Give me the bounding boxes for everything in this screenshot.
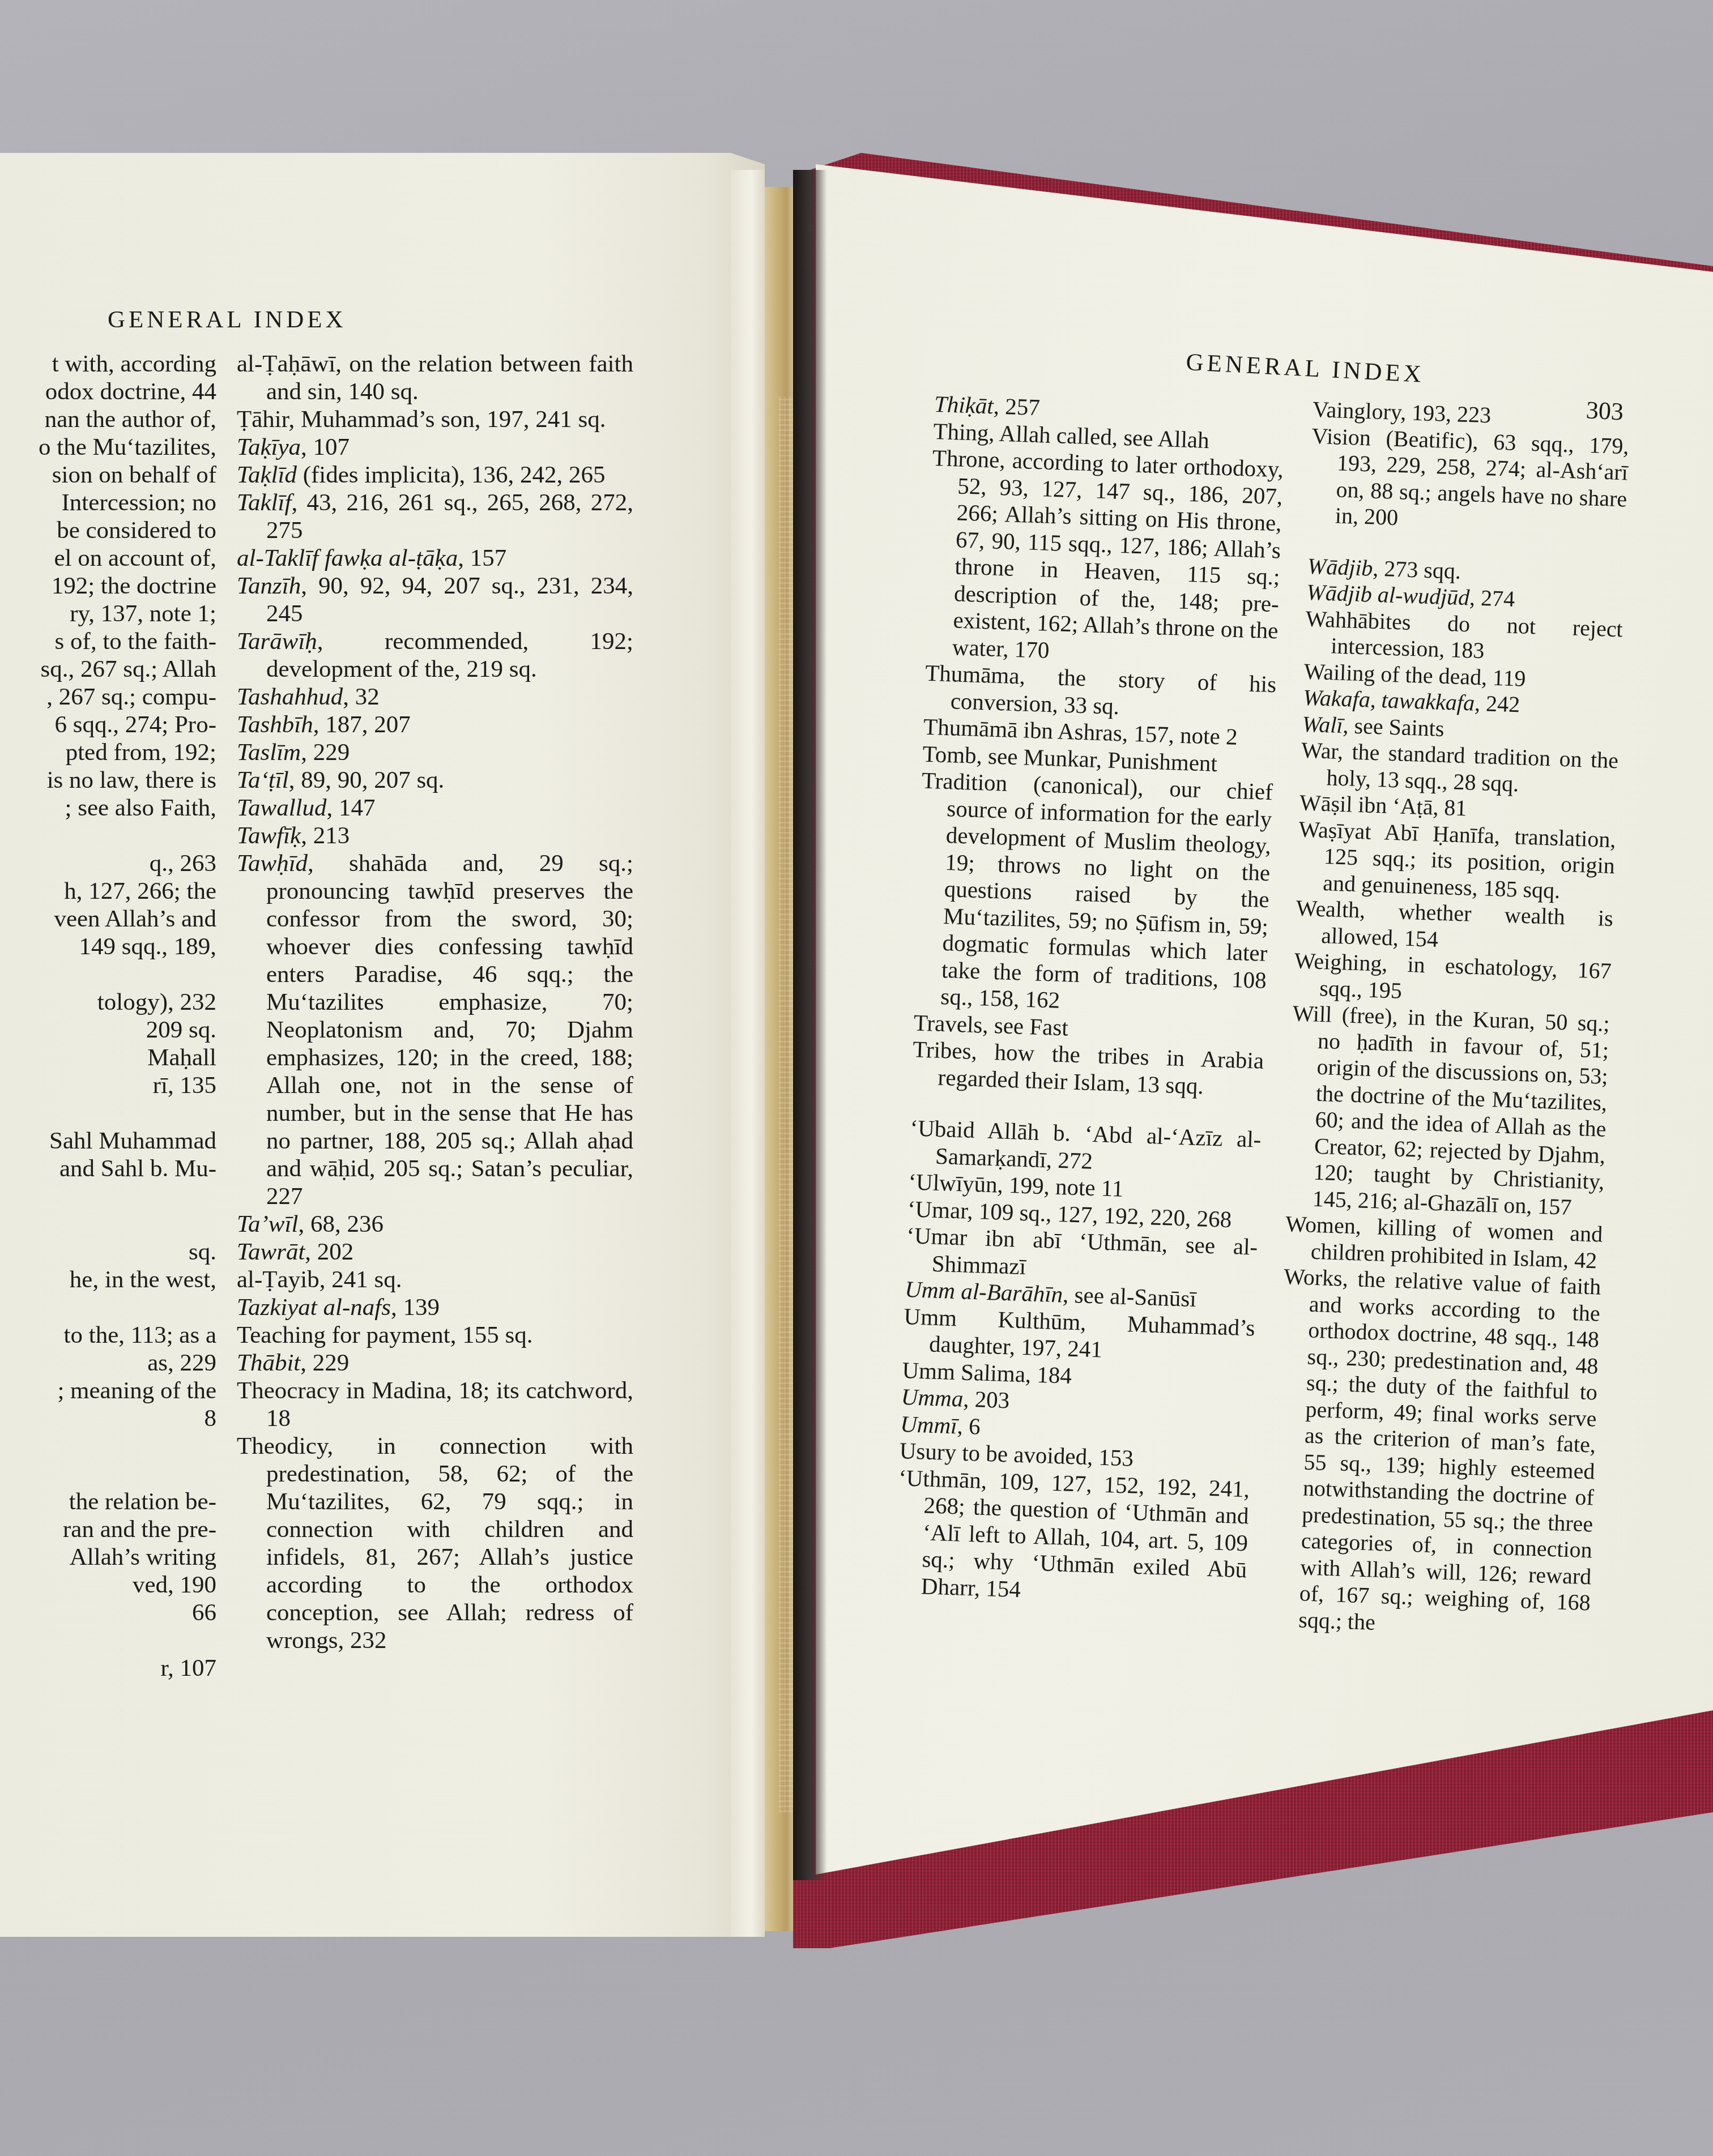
index-line-fragment: rī, 135 bbox=[0, 1071, 216, 1099]
index-line-fragment: 192; the doctrine bbox=[0, 572, 216, 600]
index-entry: Tanzīh, 90, 92, 94, 207 sq., 231, 234, 2… bbox=[237, 572, 633, 627]
index-entry: Ṭāhir, Muhammad’s son, 197, 241 sq. bbox=[237, 405, 633, 433]
index-entry-references: , see Saints bbox=[1343, 712, 1444, 741]
index-entry-references: , whether wealth is allowed, 154 bbox=[1321, 897, 1614, 951]
index-entry-heading: Taḳīya bbox=[237, 434, 301, 460]
index-entry: Taḳlīd (fides implicita), 136, 242, 265 bbox=[237, 461, 633, 489]
index-entry-heading: Wahhābites bbox=[1305, 605, 1411, 634]
index-entry-references: , 157, note 2 bbox=[1122, 720, 1238, 750]
index-entry-references: , 193, 223 bbox=[1400, 399, 1492, 428]
index-entry: al-Ṭaḥāwī, on the relation between faith… bbox=[237, 350, 633, 405]
index-entry-references: , 241 sq. bbox=[319, 1266, 402, 1293]
index-entry-heading: Ta‘ṭīl bbox=[237, 767, 289, 793]
index-entry-heading: Wailing bbox=[1303, 658, 1375, 686]
index-line-fragment bbox=[0, 1626, 216, 1654]
index-entry-heading: Tradition bbox=[921, 767, 1008, 796]
index-entry-heading: Women bbox=[1285, 1211, 1356, 1239]
index-entry-heading: al-Ṭayib bbox=[237, 1266, 319, 1293]
index-line-fragment: Maḥall bbox=[0, 1044, 216, 1071]
index-line-fragment: is no law, there is bbox=[0, 766, 216, 794]
index-entry-references: , Muhammad’s son, 197, 241 sq. bbox=[288, 406, 606, 433]
index-entry-heading: Travels bbox=[913, 1009, 983, 1038]
index-entry: Ta‘ṭīl, 89, 90, 207 sq. bbox=[237, 766, 633, 794]
index-entry-heading: Weighing bbox=[1294, 947, 1382, 976]
index-entry-references: , 68, 236 bbox=[298, 1211, 383, 1237]
index-line-fragment: ; see also Faith, bbox=[0, 794, 216, 822]
index-entry-references: , 157 bbox=[458, 545, 506, 571]
index-entry-references: , 273 sqq. bbox=[1373, 555, 1461, 583]
index-entry-references: , 272 bbox=[1046, 1146, 1093, 1174]
index-entry: Tawfīḳ, 213 bbox=[237, 822, 633, 849]
index-entry-heading: Thumāma bbox=[925, 660, 1020, 689]
index-entry-references: , 187, 207 bbox=[313, 711, 411, 738]
index-entry-heading: Vision bbox=[1311, 422, 1371, 450]
index-entry-references: , the standard tradition on the holy, 13… bbox=[1326, 738, 1619, 796]
index-entry: Ta’wīl, 68, 236 bbox=[237, 1210, 633, 1238]
index-line-fragment: el on account of, bbox=[0, 544, 216, 572]
index-line-fragment: sq., 267 sq.; Allah bbox=[0, 655, 216, 683]
index-entry: Tashbīh, 187, 207 bbox=[237, 711, 633, 738]
index-line-fragment: nan the author of, bbox=[0, 405, 216, 433]
index-entry-references: , according to later orthodoxy, 52, 93, … bbox=[952, 447, 1284, 663]
index-entry-heading: Tribes bbox=[913, 1036, 972, 1064]
index-line-fragment: ved, 190 bbox=[0, 1571, 216, 1599]
index-entry-heading: Thing bbox=[933, 417, 989, 445]
index-entry-heading: Tarāwīḥ bbox=[237, 628, 317, 655]
index-entry: Tazkiyat al-nafs, 139 bbox=[237, 1293, 633, 1321]
index-line-fragment: t with, according bbox=[0, 350, 216, 378]
index-entry-heading: Will (free) bbox=[1292, 1000, 1392, 1029]
index-entry-heading: Tashahhud bbox=[237, 684, 343, 710]
index-entry-references: (Beatific), 63 sqq., 179, 193, 229, 258,… bbox=[1335, 425, 1629, 530]
right-page-column-2: Vainglory, 193, 223Vision (Beatific), 63… bbox=[1272, 396, 1630, 1642]
index-entry-heading: Wādjib al-wudjūd bbox=[1306, 579, 1470, 610]
index-entry-references: , recommended, 192; development of the, … bbox=[266, 628, 633, 682]
index-entry-heading: Taḳlīd bbox=[237, 462, 297, 488]
index-entry: Tawallud, 147 bbox=[237, 794, 633, 822]
index-entry: al-Taklīf fawḳa al-ṭāḳa, 157 bbox=[237, 544, 633, 572]
index-entry-heading: Tawfīḳ bbox=[237, 822, 301, 849]
index-line-fragment bbox=[0, 1210, 216, 1238]
index-entry-heading: Vainglory bbox=[1313, 396, 1401, 425]
index-entry: Thābit, 229 bbox=[237, 1349, 633, 1377]
index-line-fragment: tology), 232 bbox=[0, 988, 216, 1016]
index-entry-heading: Umma bbox=[901, 1384, 964, 1412]
index-entry-references: , how the tribes in Arabia regarded thei… bbox=[938, 1038, 1264, 1099]
index-line-fragment: pted from, 192; bbox=[0, 738, 216, 766]
index-entry-heading: Tazkiyat al-nafs bbox=[237, 1294, 391, 1321]
index-entry-references: , 6 bbox=[957, 1412, 981, 1439]
index-entry: Works, the relative value of faith and w… bbox=[1272, 1263, 1601, 1642]
index-entry-heading: Tashbīh bbox=[237, 711, 313, 738]
index-entry-references: (canonical), our chief source of informa… bbox=[940, 770, 1273, 1013]
index-entry-references: , 155 sq. bbox=[450, 1322, 533, 1348]
index-entry: Taḳīya, 107 bbox=[237, 433, 633, 461]
index-entry: Tarāwīḥ, recommended, 192; development o… bbox=[237, 627, 633, 683]
index-entry-heading: Taklīf bbox=[237, 489, 291, 516]
index-line-fragment: and Sahl b. Mu- bbox=[0, 1155, 216, 1182]
index-line-fragment: 8 bbox=[0, 1404, 216, 1432]
index-entry-heading: Tawrāt bbox=[237, 1239, 305, 1265]
index-line-fragment: q., 263 bbox=[0, 849, 216, 877]
index-entry: Theodicy, in connection with predestinat… bbox=[237, 1432, 633, 1654]
index-line-fragment: Sahl Muhammad bbox=[0, 1127, 216, 1155]
index-entry-heading: Wealth bbox=[1296, 895, 1360, 923]
index-entry-references: , 203 bbox=[963, 1386, 1010, 1414]
index-entry-references: to be avoided, 153 bbox=[956, 1439, 1134, 1471]
index-entry-heading: al-Ṭaḥāwī bbox=[237, 351, 335, 377]
index-entry-references: , 257 bbox=[993, 392, 1040, 420]
index-entry: Tradition (canonical), our chief source … bbox=[914, 767, 1273, 1021]
index-entry-heading: Works bbox=[1284, 1263, 1343, 1291]
index-line-fragment: ry, 137, note 1; bbox=[0, 600, 216, 627]
index-line-fragment: 209 sq. bbox=[0, 1016, 216, 1044]
index-line-fragment: odox doctrine, 44 bbox=[0, 378, 216, 405]
index-line-fragment bbox=[0, 1099, 216, 1127]
index-line-fragment: as, 229 bbox=[0, 1349, 216, 1377]
index-line-fragment: o the Mu‘tazilites, bbox=[0, 433, 216, 461]
index-entry: Teaching for payment, 155 sq. bbox=[237, 1321, 633, 1349]
index-entry-references: , in connection with predestination, 58,… bbox=[266, 1433, 633, 1654]
left-page-column-2: al-Ṭaḥāwī, on the relation between faith… bbox=[237, 350, 633, 1654]
index-entry-heading: Tanzīh bbox=[237, 573, 301, 599]
index-entry-heading: Ummī bbox=[900, 1411, 958, 1438]
index-entry-references: , the relative value of faith and works … bbox=[1298, 1266, 1601, 1635]
index-entry-references: (fides implicita), 136, 242, 265 bbox=[297, 462, 606, 488]
index-entry-heading: Umm Salima bbox=[902, 1357, 1026, 1387]
index-entry-references: , 229 bbox=[300, 1350, 349, 1376]
index-entry-references: , shahāda and, 29 sq.; pronouncing tawḥī… bbox=[266, 850, 633, 1210]
index-line-fragment: 6 sqq., 274; Pro- bbox=[0, 711, 216, 738]
index-line-fragment bbox=[0, 1432, 216, 1460]
index-entry-references: , see Fast bbox=[982, 1011, 1069, 1040]
index-entry-heading: Thiḳāt bbox=[934, 391, 994, 419]
index-line-fragment bbox=[0, 1293, 216, 1321]
index-entry: ‘Uthmān, 109, 127, 152, 192, 241, 268; t… bbox=[894, 1464, 1250, 1610]
index-line-fragment: 149 sqq., 189, bbox=[0, 933, 216, 960]
index-entry-references: , 147 bbox=[327, 795, 376, 821]
index-line-fragment: sq. bbox=[0, 1238, 216, 1266]
index-entry-heading: ‘Ulwīyūn bbox=[908, 1168, 998, 1197]
index-entry-references: , 107 bbox=[301, 434, 350, 460]
index-line-fragment: ran and the pre- bbox=[0, 1515, 216, 1543]
index-entry-heading: Umm al-Barāhīn bbox=[905, 1276, 1063, 1307]
index-entry-references: , 184 bbox=[1025, 1361, 1072, 1389]
right-page-column-1: Thiḳāt, 257Thing, Allah called, see Alla… bbox=[894, 391, 1285, 1610]
index-line-fragment: to the, 113; as a bbox=[0, 1321, 216, 1349]
index-entry-references: of the dead, 119 bbox=[1375, 660, 1527, 691]
index-entry-heading: Tomb bbox=[922, 740, 977, 768]
left-page-gutter bbox=[731, 170, 765, 1937]
index-entry-heading: Ta’wīl bbox=[237, 1211, 298, 1237]
index-entry-references: , 89, 90, 207 sq. bbox=[289, 767, 445, 793]
index-entry-heading: Tawḥīd bbox=[237, 850, 308, 877]
index-entry-heading: Usury bbox=[899, 1437, 957, 1465]
index-entry: Tawrāt, 202 bbox=[237, 1238, 633, 1266]
index-entry-heading: Theodicy bbox=[237, 1433, 327, 1459]
index-line-fragment: 66 bbox=[0, 1599, 216, 1626]
index-entry: Tawḥīd, shahāda and, 29 sq.; pronouncing… bbox=[237, 849, 633, 1210]
index-entry-references: , 90, 92, 94, 207 sq., 231, 234, 245 bbox=[266, 573, 633, 627]
index-entry-heading: ‘Uthmān bbox=[898, 1464, 982, 1493]
index-line-fragment bbox=[0, 1182, 216, 1210]
index-entry-references: , 81 bbox=[1433, 794, 1467, 821]
right-page-gutter-shadow bbox=[793, 170, 827, 1880]
index-entry-heading: War bbox=[1301, 737, 1338, 764]
index-entry: Tashahhud, 32 bbox=[237, 683, 633, 711]
index-line-fragment bbox=[0, 822, 216, 849]
index-entry-heading: Wādjib bbox=[1307, 553, 1373, 580]
index-entry-references: , 202 bbox=[305, 1239, 353, 1265]
index-entry-references: , in the Kuran, 50 sq.; no ḥadīth in fav… bbox=[1312, 1004, 1610, 1219]
index-line-fragment bbox=[0, 960, 216, 988]
index-entry-references: , 32 bbox=[343, 684, 380, 710]
index-entry: Taslīm, 229 bbox=[237, 738, 633, 766]
index-entry-references: , 139 bbox=[391, 1294, 440, 1321]
index-entry-heading: Tawallud bbox=[237, 795, 327, 821]
index-entry-heading: Wāṣil ibn ‘Aṭā bbox=[1299, 790, 1433, 820]
index-line-fragment: , 267 sq.; compu- bbox=[0, 683, 216, 711]
index-entry-references: , see al-Sanūsī bbox=[1062, 1281, 1196, 1312]
index-line-fragment: s of, to the faith- bbox=[0, 627, 216, 655]
index-entry-references: , 229 bbox=[301, 739, 350, 766]
index-entry: Waṣīyat Abī Ḥanīfa, translation, 125 sqq… bbox=[1297, 816, 1616, 906]
index-entry-references: , 242 bbox=[1474, 690, 1520, 718]
index-entry: Throne, according to later orthodoxy, 52… bbox=[926, 445, 1284, 671]
index-entry: al-Ṭayib, 241 sq. bbox=[237, 1266, 633, 1293]
index-entry-references: , 213 bbox=[301, 822, 350, 849]
index-entry: Will (free), in the Kuran, 50 sq.; no ḥa… bbox=[1286, 1000, 1610, 1221]
index-entry-heading: ‘Umar bbox=[907, 1196, 968, 1223]
index-entry-heading: Ṭāhir bbox=[237, 406, 288, 433]
left-running-head: GENERAL INDEX bbox=[108, 306, 347, 334]
index-line-fragment: r, 107 bbox=[0, 1654, 216, 1682]
index-entry: Theocracy in Madina, 18; its catchword, … bbox=[237, 1377, 633, 1432]
index-entry-references: , 43, 216, 261 sq., 265, 268, 272, 275 bbox=[266, 489, 633, 544]
index-line-fragment: veen Allah’s and bbox=[0, 905, 216, 933]
index-line-fragment bbox=[0, 1460, 216, 1488]
index-entry-heading: Theocracy bbox=[237, 1377, 339, 1404]
index-entry-heading: Taslīm bbox=[237, 739, 301, 766]
index-line-fragment: sion on behalf of bbox=[0, 461, 216, 489]
index-entry-heading: Thābit bbox=[237, 1350, 300, 1376]
index-entry-heading: Walī bbox=[1302, 711, 1343, 737]
index-entry-heading: al-Taklīf fawḳa al-ṭāḳa bbox=[237, 545, 458, 571]
index-entry-references: , 274 bbox=[1469, 584, 1515, 612]
index-line-fragment: Intercession; no bbox=[0, 489, 216, 516]
index-line-fragment: he, in the west, bbox=[0, 1266, 216, 1293]
index-entry-heading: Wakafa, tawakkafa bbox=[1303, 685, 1475, 716]
index-line-fragment: be considered to bbox=[0, 516, 216, 544]
index-entry-heading: Teaching for payment bbox=[237, 1322, 450, 1348]
index-entry-references: , 199, note 11 bbox=[997, 1171, 1124, 1201]
index-line-fragment: the relation be- bbox=[0, 1488, 216, 1515]
index-line-fragment: h, 127, 266; the bbox=[0, 877, 216, 905]
index-entry-heading: Throne bbox=[932, 445, 1000, 473]
index-entry: Taklīf, 43, 216, 261 sq., 265, 268, 272,… bbox=[237, 489, 633, 544]
index-line-fragment: ; meaning of the bbox=[0, 1377, 216, 1404]
left-page-column-1: t with, accordingodox doctrine, 44nan th… bbox=[0, 350, 216, 1682]
index-entry-heading: Umm Kulthūm bbox=[904, 1303, 1081, 1335]
index-entry: Vision (Beatific), 63 sqq., 179, 193, 22… bbox=[1309, 422, 1629, 538]
index-line-fragment: Allah’s writing bbox=[0, 1543, 216, 1571]
